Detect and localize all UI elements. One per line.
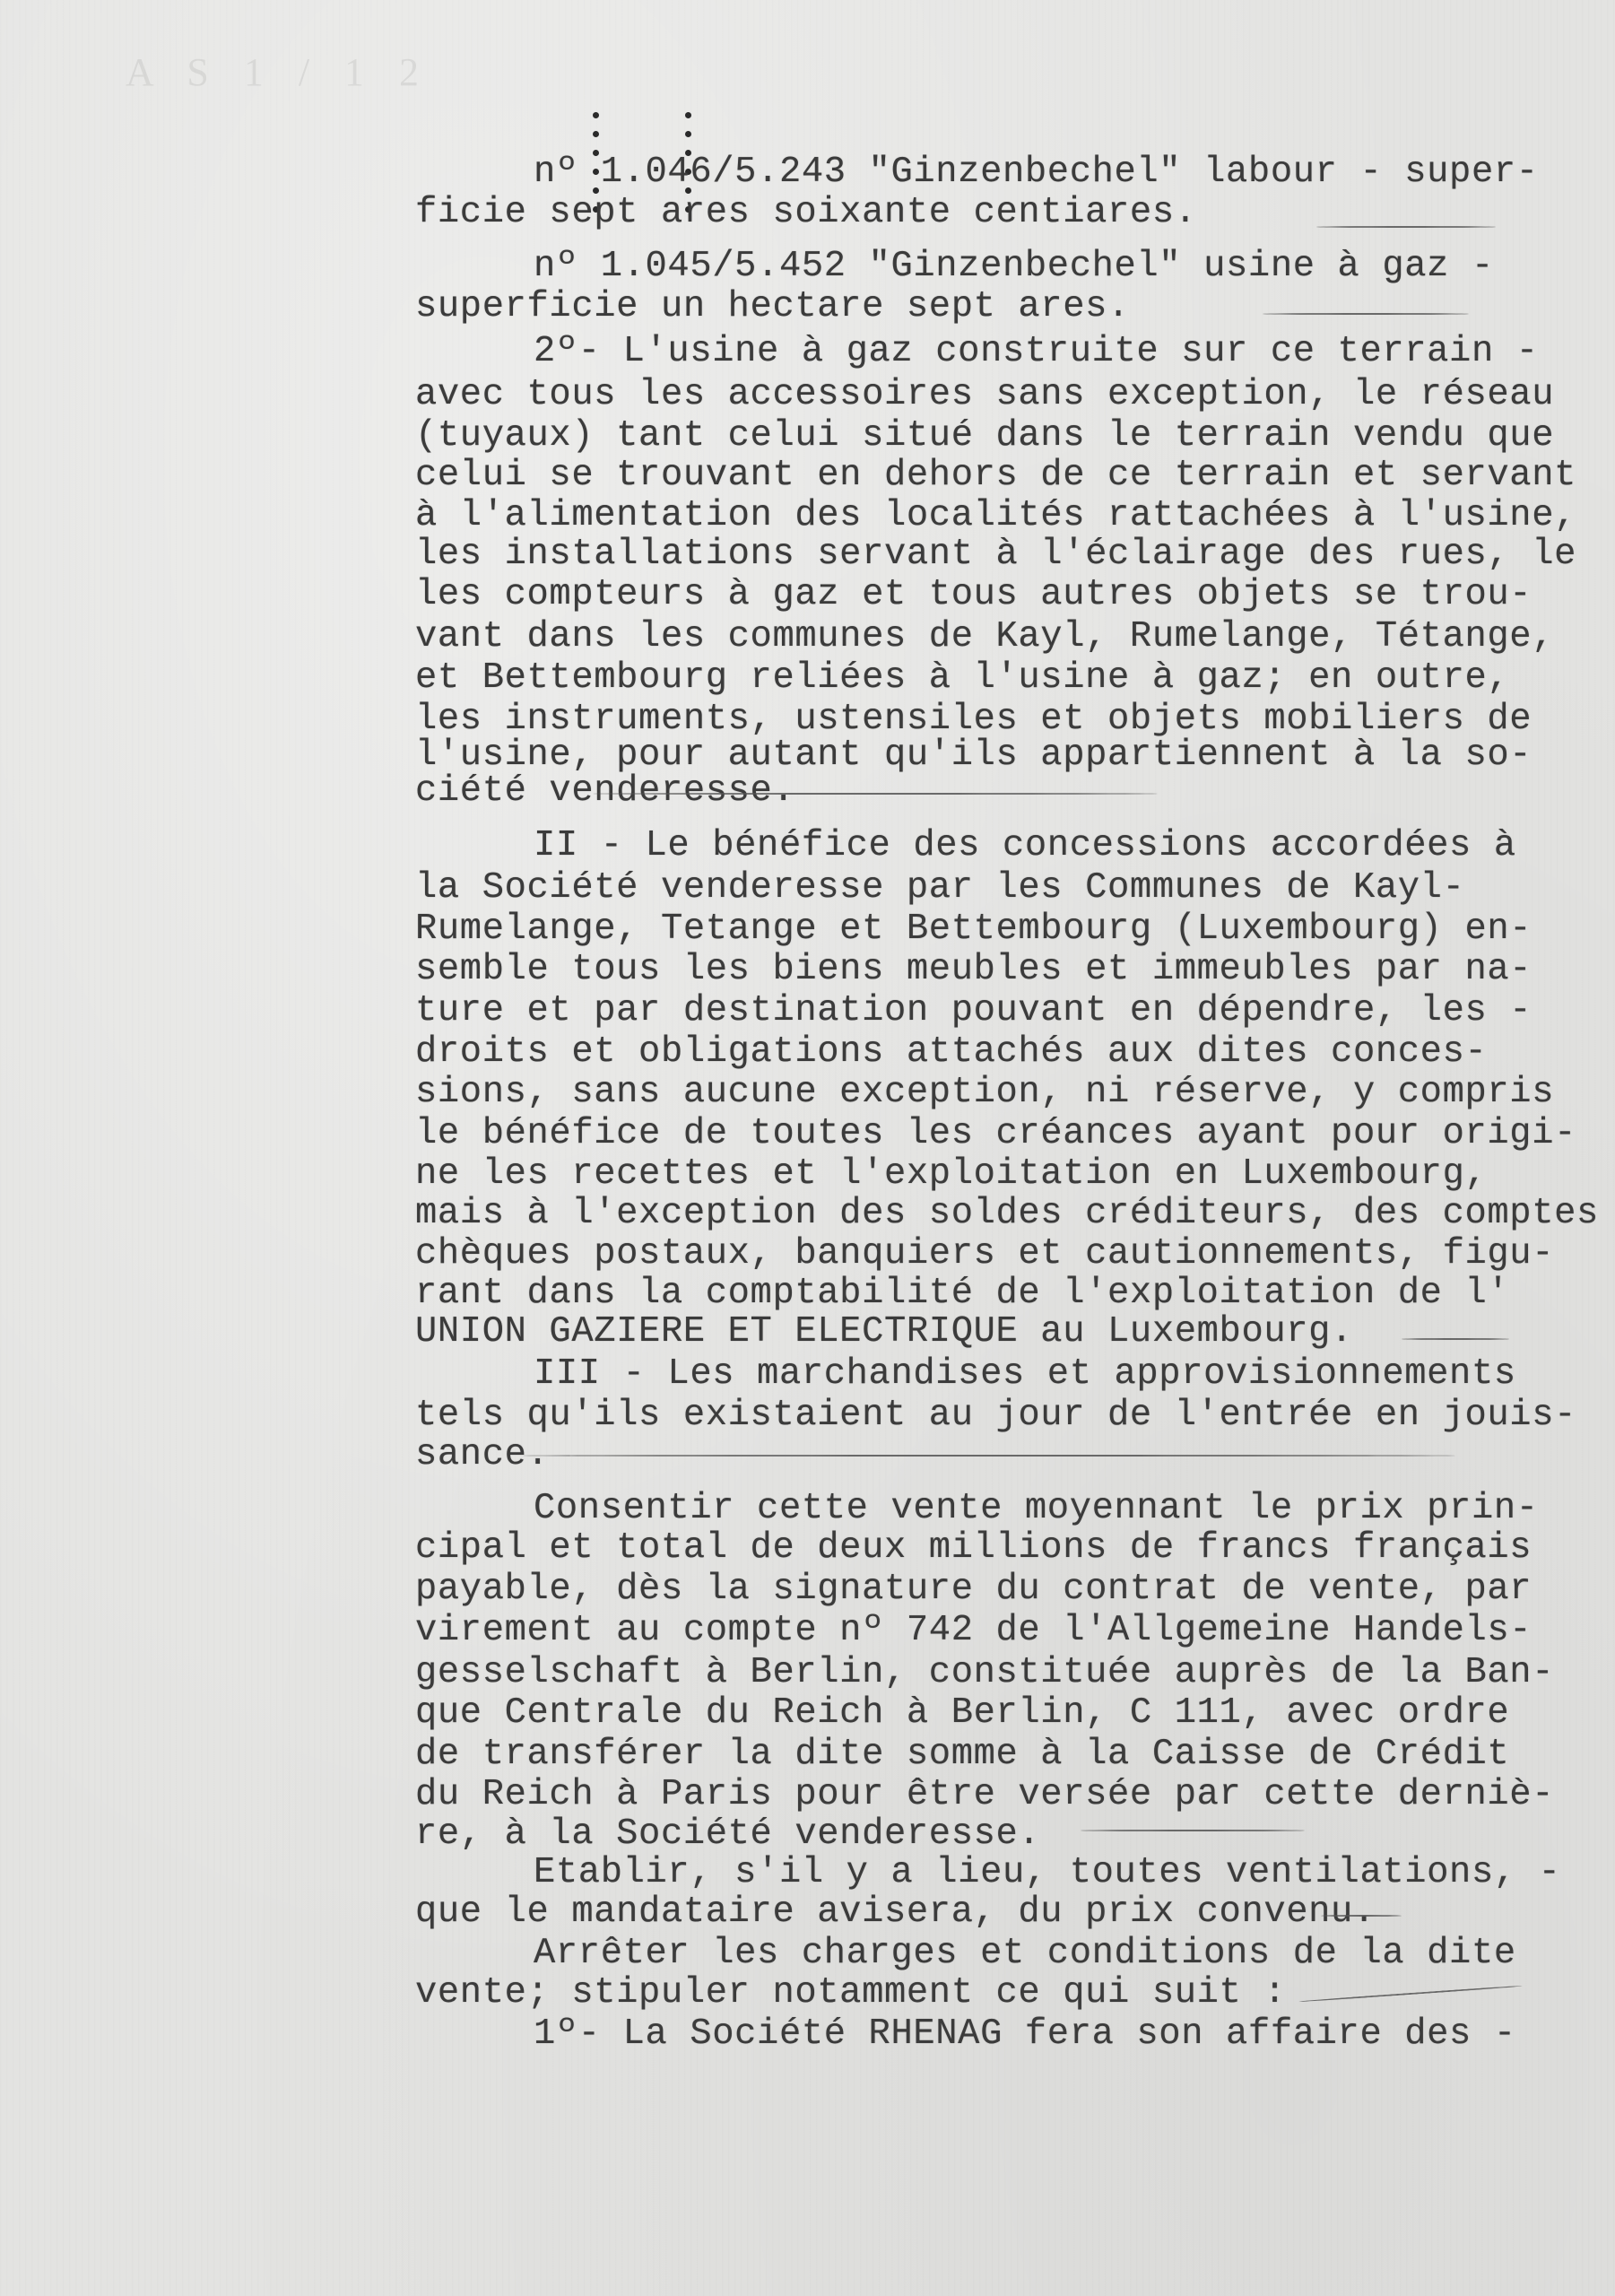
text-line: UNION GAZIERE ET ELECTRIQUE au Luxembour…	[415, 1314, 1353, 1351]
text-line: 2º- L'usine à gaz construite sur ce terr…	[534, 334, 1539, 370]
text-line: ficie sept ares soixante centiares.	[415, 195, 1197, 231]
text-line: chèques postaux, banquiers et cautionnem…	[415, 1236, 1554, 1273]
text-line: de transférer la dite somme à la Caisse …	[415, 1736, 1509, 1773]
text-line: avec tous les accessoires sans exception…	[415, 377, 1554, 413]
text-line: 1º- La Société RHENAG fera son affaire d…	[534, 2016, 1516, 2053]
text-line: payable, dès la signature du contrat de …	[415, 1571, 1532, 1608]
text-line: la Société venderesse par les Communes d…	[415, 870, 1465, 907]
text-line: rant dans la comptabilité de l'exploitat…	[415, 1275, 1509, 1312]
text-line: les compteurs à gaz et tous autres objet…	[415, 577, 1532, 613]
text-line: droits et obligations attachés aux dites…	[415, 1034, 1487, 1071]
text-line: nº 1.045/5.452 "Ginzenbechel" usine à ga…	[534, 248, 1494, 285]
text-line: les instruments, ustensiles et objets mo…	[415, 701, 1532, 738]
fill-line	[1081, 1830, 1305, 1831]
text-line: III - Les marchandises et approvisionnem…	[534, 1356, 1516, 1393]
text-line: le bénéfice de toutes les créances ayant…	[415, 1116, 1576, 1152]
text-line: gesselschaft à Berlin, constituée auprès…	[415, 1655, 1554, 1692]
text-line: nº 1.046/5.243 "Ginzenbechel" labour - s…	[534, 154, 1539, 191]
text-line: Arrêter les charges et conditions de la …	[534, 1935, 1516, 1972]
fill-line	[1263, 313, 1469, 315]
text-line: semble tous les biens meubles et immeubl…	[415, 952, 1532, 988]
text-line: que le mandataire avisera, du prix conve…	[415, 1894, 1376, 1931]
faint-header-stamp: A S 1 / 1 2	[126, 49, 431, 95]
text-line: (tuyaux) tant celui situé dans le terrai…	[415, 418, 1554, 455]
fill-line	[1402, 1338, 1509, 1340]
text-line: vente; stipuler notamment ce qui suit :	[415, 1975, 1286, 2012]
text-line: à l'alimentation des localités rattachée…	[415, 498, 1576, 535]
text-line: et Bettembourg reliées à l'usine à gaz; …	[415, 660, 1509, 697]
text-line: ture et par destination pouvant en dépen…	[415, 993, 1532, 1030]
text-line: Rumelange, Tetange et Bettembourg (Luxem…	[415, 911, 1532, 948]
text-line: l'usine, pour autant qu'ils appartiennen…	[415, 737, 1532, 774]
text-line: que Centrale du Reich à Berlin, C 111, a…	[415, 1695, 1509, 1732]
text-line: Consentir cette vente moyennant le prix …	[534, 1491, 1539, 1527]
text-line: ne les recettes et l'exploitation en Lux…	[415, 1156, 1487, 1193]
text-line: Etablir, s'il y a lieu, toutes ventilati…	[534, 1855, 1561, 1892]
text-line: virement au compte nº 742 de l'Allgemein…	[415, 1613, 1532, 1649]
text-line: celui se trouvant en dehors de ce terrai…	[415, 457, 1576, 494]
text-line: sions, sans aucune exception, ni réserve…	[415, 1074, 1554, 1111]
text-line: les installations servant à l'éclairage …	[415, 536, 1576, 573]
fill-line	[593, 793, 1158, 795]
fill-line	[523, 1455, 1455, 1457]
fill-line	[1321, 1915, 1402, 1917]
fill-line	[1316, 226, 1496, 228]
text-line: tels qu'ils existaient au jour de l'entr…	[415, 1397, 1576, 1434]
text-line: vant dans les communes de Kayl, Rumelang…	[415, 619, 1554, 656]
text-line: cipal et total de deux millions de franc…	[415, 1530, 1532, 1567]
text-line: superficie un hectare sept ares.	[415, 289, 1130, 326]
text-line: du Reich à Paris pour être versée par ce…	[415, 1777, 1554, 1813]
text-line: re, à la Société venderesse.	[415, 1816, 1040, 1853]
text-line: ciété venderesse.	[415, 773, 794, 810]
text-line: II - Le bénéfice des concessions accordé…	[534, 828, 1516, 865]
text-line: mais à l'exception des soldes créditeurs…	[415, 1196, 1599, 1232]
